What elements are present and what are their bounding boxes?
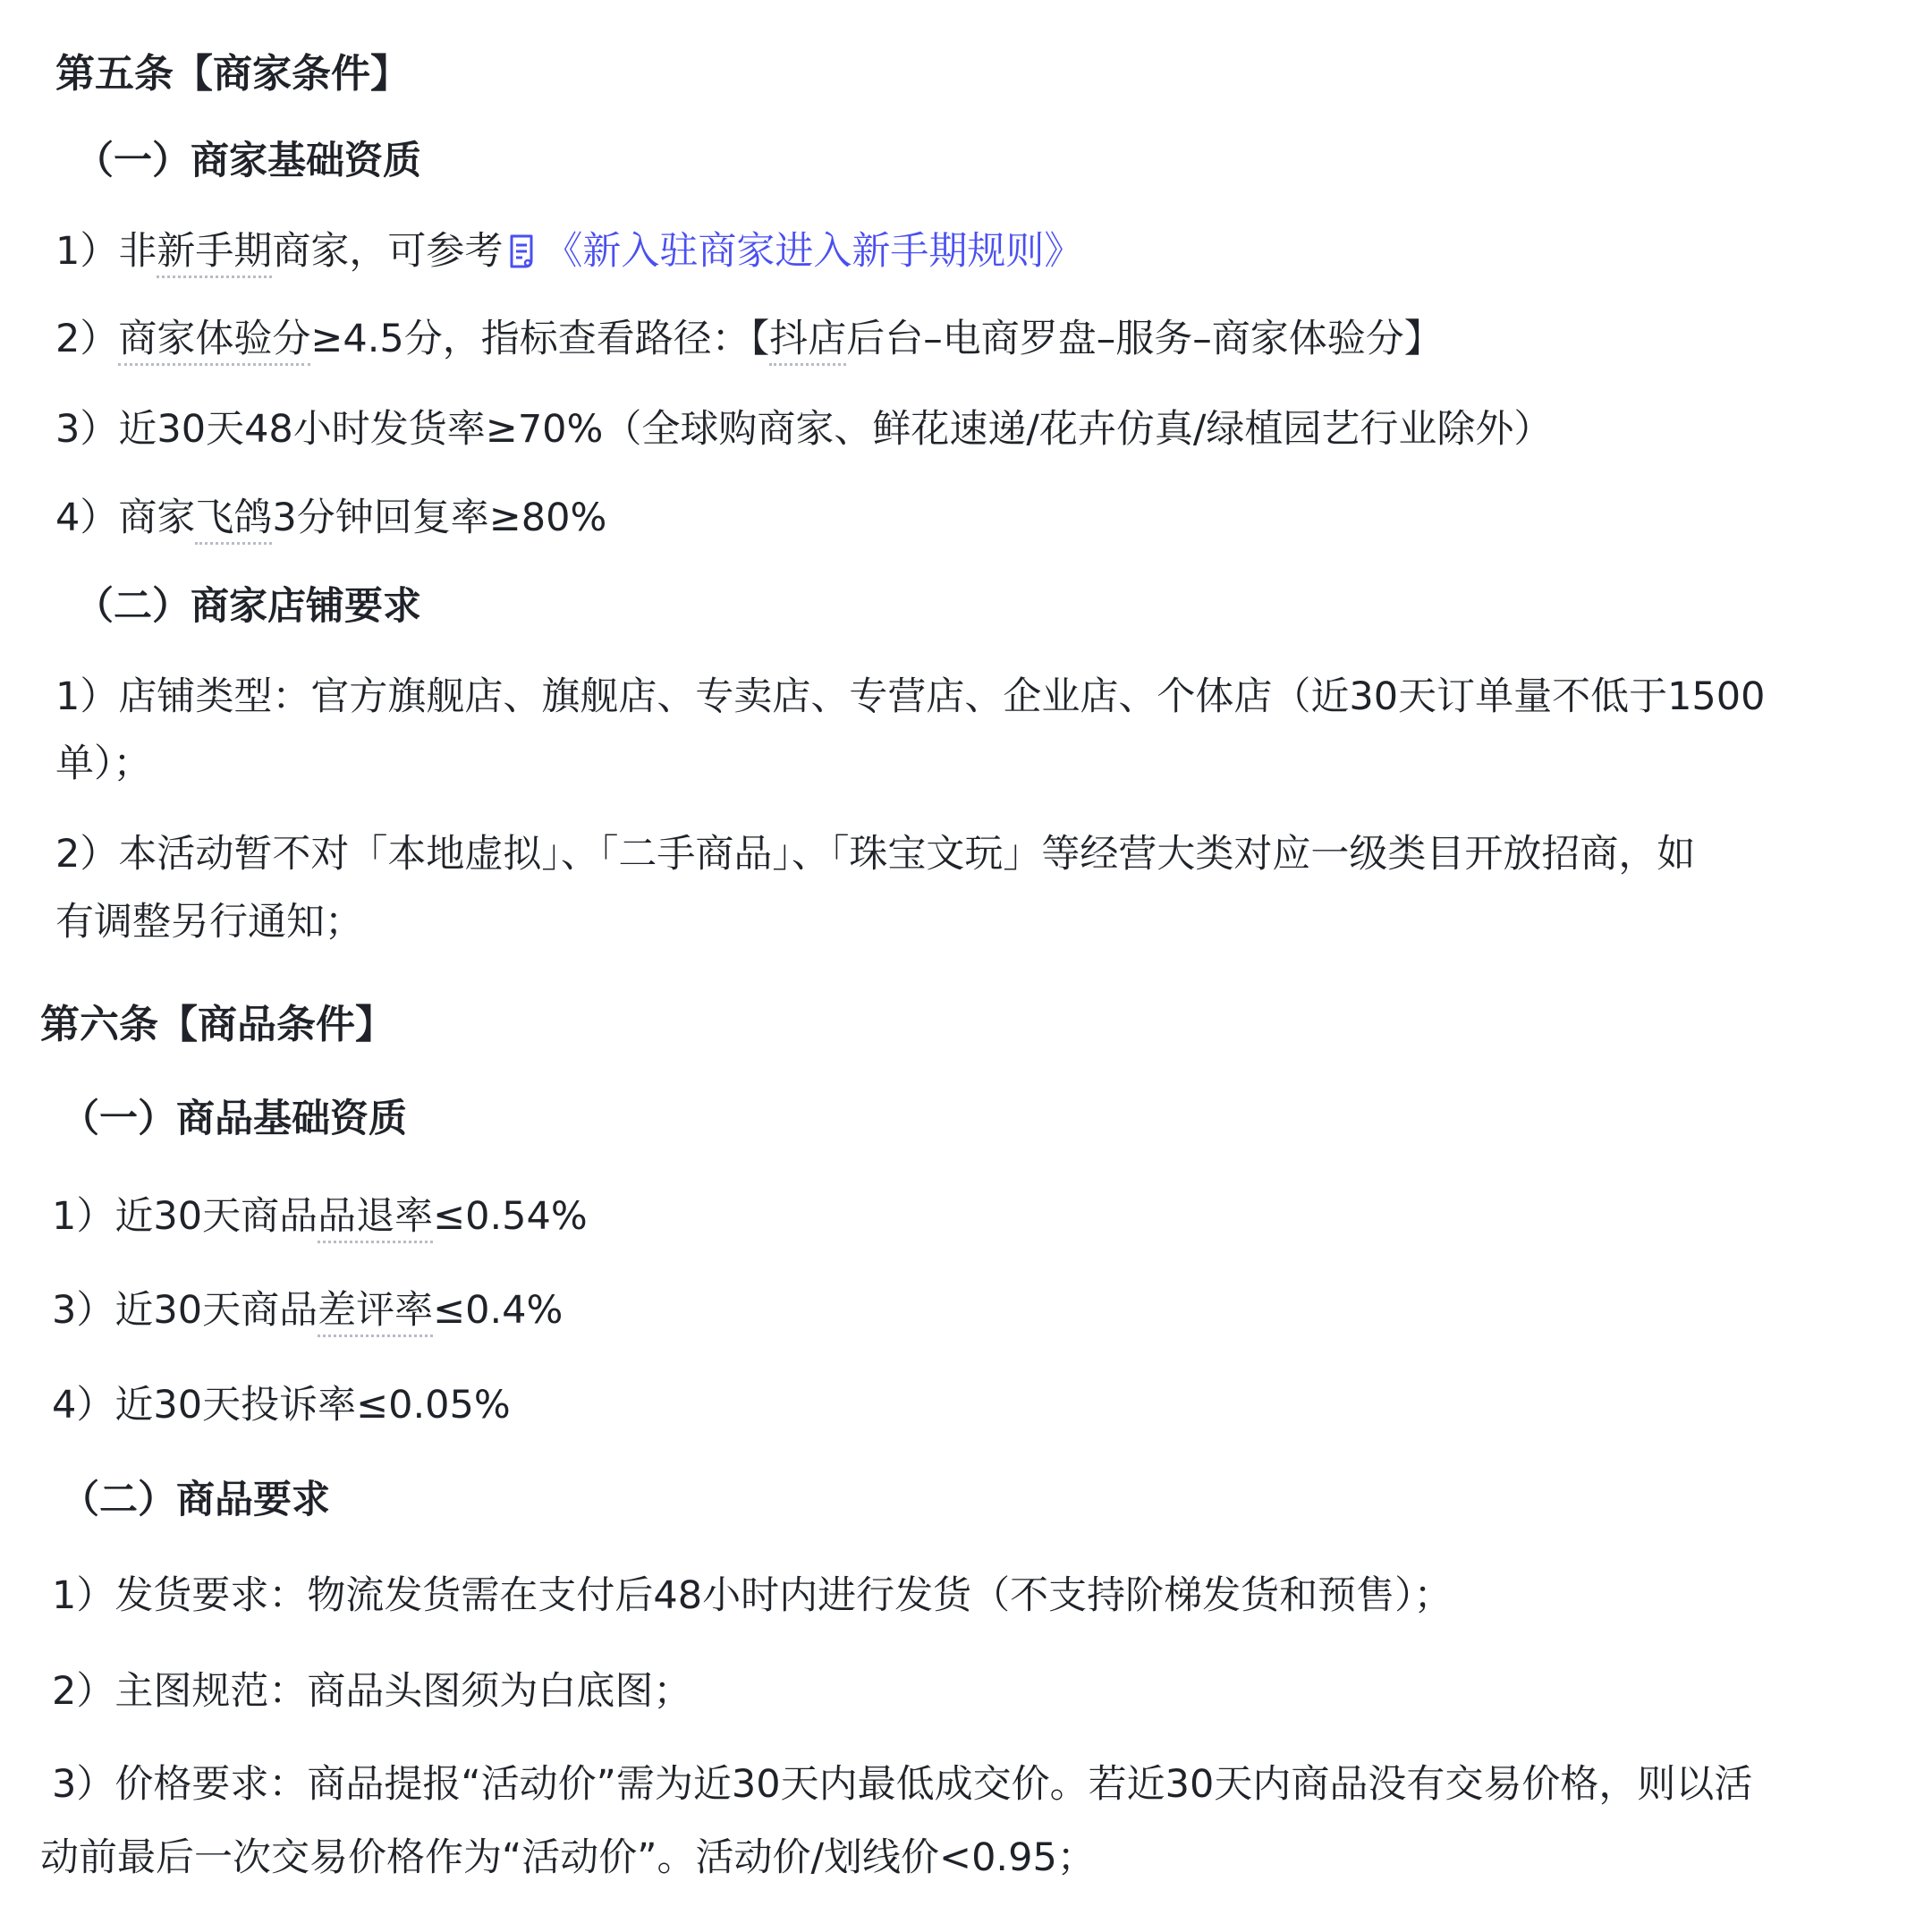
product-req-3: 3）近30天商品差评率≤0.4%	[52, 1285, 563, 1335]
merchant-req-3: 3）近30天48小时发货率≥70%（全球购商家、鲜花速递/花卉仿真/绿植园艺行业…	[55, 404, 1552, 454]
store-req-2-line2: 有调整另行通知；	[55, 897, 363, 947]
link-text[interactable]: 《新入驻商家进入新手期规则》	[544, 229, 1082, 274]
merchant-basic-qualification-heading: （一）商家基础资质	[75, 136, 421, 186]
text: 3）近30天商品	[52, 1288, 318, 1333]
product-req-price-line1: 3）价格要求：商品提报“活动价”需为近30天内最低成交价。若近30天内商品没有交…	[52, 1759, 1752, 1809]
text: 1）近30天商品	[52, 1194, 318, 1239]
product-req-1: 1）近30天商品品退率≤0.54%	[52, 1191, 588, 1241]
term-quality-return-rate[interactable]: 品退率	[318, 1194, 433, 1243]
term-feige[interactable]: 飞鸽	[195, 496, 272, 545]
term-douyin-store[interactable]: 抖店	[769, 317, 846, 366]
text: 3分钟回复率≥80%	[272, 496, 606, 540]
product-requirements-heading: （二）商品要求	[61, 1475, 330, 1525]
text: ≤0.54%	[433, 1194, 588, 1239]
merchant-req-4: 4）商家飞鸽3分钟回复率≥80%	[55, 493, 606, 543]
text: 1）非	[55, 229, 157, 274]
product-req-price-line2: 动前最后一次交易价格作为“活动价”。活动价/划线价<0.95；	[40, 1833, 1096, 1883]
article-5-title: 第五条【商家条件】	[55, 49, 410, 99]
term-negative-review-rate[interactable]: 差评率	[318, 1288, 433, 1337]
text: 2）	[55, 317, 118, 361]
merchant-req-1: 1）非新手期商家，可参考《新入驻商家进入新手期规则》	[55, 226, 1082, 276]
text: ≤0.4%	[433, 1288, 563, 1333]
newbie-rules-link[interactable]: 《新入驻商家进入新手期规则》	[503, 229, 1082, 274]
term-experience-score[interactable]: 商家体验分	[118, 317, 310, 366]
product-req-shipping: 1）发货要求：物流发货需在支付后48小时内进行发货（不支持阶梯发货和预售）；	[52, 1571, 1453, 1621]
article-6-title: 第六条【商品条件】	[40, 1000, 394, 1050]
document-icon	[508, 232, 535, 267]
term-newbie-period[interactable]: 新手期	[157, 229, 272, 278]
store-requirements-heading: （二）商家店铺要求	[75, 581, 421, 631]
product-basic-qualification-heading: （一）商品基础资质	[61, 1094, 407, 1144]
text: 后台–电商罗盘–服务–商家体验分】	[846, 317, 1443, 361]
text: ≥4.5分，指标查看路径：【	[310, 317, 769, 361]
store-req-1-line1: 1）店铺类型：官方旗舰店、旗舰店、专卖店、专营店、企业店、个体店（近30天订单量…	[55, 672, 1766, 722]
merchant-req-2: 2）商家体验分≥4.5分，指标查看路径：【抖店后台–电商罗盘–服务–商家体验分】	[55, 314, 1443, 364]
product-req-4: 4）近30天投诉率≤0.05%	[52, 1380, 511, 1430]
text: 4）商家	[55, 496, 195, 540]
store-req-2-line1: 2）本活动暂不对「本地虚拟」、「二手商品」、「珠宝文玩」等经营大类对应一级类目开…	[55, 829, 1695, 879]
text: 商家，可参考	[272, 229, 503, 274]
product-req-main-image: 2）主图规范：商品头图须为白底图；	[52, 1666, 691, 1716]
store-req-1-line2: 单）；	[55, 739, 152, 789]
